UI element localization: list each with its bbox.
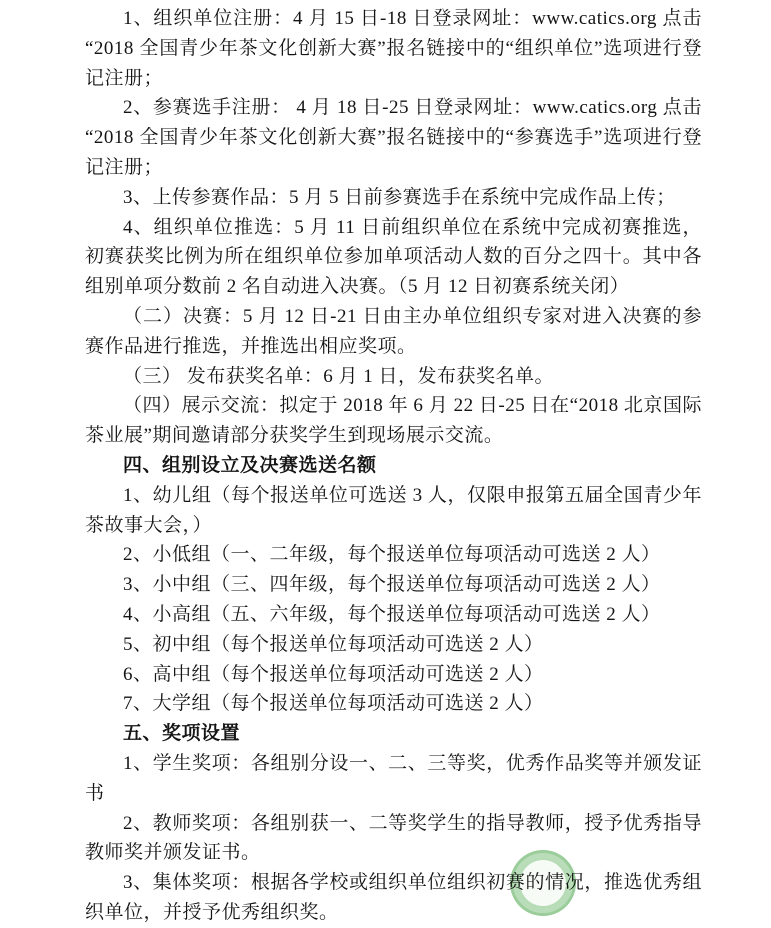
paragraph-group-lower-primary: 2、小低组（一、二年级，每个报送单位每项活动可选送 2 人） [85,540,702,570]
section-heading-awards: 五、奖项设置 [85,719,702,749]
paragraph-org-selection: 4、组织单位推选：5 月 11 日前组织单位在系统中完成初赛推选，初赛获奖比例为… [85,213,702,302]
paragraph-group-upper-primary: 4、小高组（五、六年级，每个报送单位每项活动可选送 2 人） [85,600,702,630]
document-body: 1、组织单位注册：4 月 15 日-18 日登录网址：www.catics.or… [0,0,771,928]
paragraph-group-university: 7、大学组（每个报送单位每项活动可选送 2 人） [85,689,702,719]
paragraph-finals: （二）决赛：5 月 12 日-21 日由主办单位组织专家对进入决赛的参赛作品进行… [85,302,702,362]
paragraph-group-kindergarten: 1、幼儿组（每个报送单位可选送 3 人，仅限申报第五届全国青少年茶故事大会，） [85,481,702,541]
paragraph-collective-awards: 3、集体奖项：根据各学校或组织单位组织初赛的情况，推选优秀组织单位，并授予优秀组… [85,868,702,928]
paragraph-register-contestant: 2、参赛选手注册： 4 月 18 日-25 日登录网址：www.catics.o… [85,93,702,182]
paragraph-award-announcement: （三） 发布获奖名单：6 月 1 日，发布获奖名单。 [85,362,702,392]
document-page: 1、组织单位注册：4 月 15 日-18 日登录网址：www.catics.or… [0,0,771,928]
paragraph-register-org: 1、组织单位注册：4 月 15 日-18 日登录网址：www.catics.or… [85,4,702,93]
paragraph-student-awards: 1、学生奖项：各组别分设一、二、三等奖，优秀作品奖等并颁发证书 [85,749,702,809]
paragraph-upload-works: 3、上传参赛作品：5 月 5 日前参赛选手在系统中完成作品上传； [85,183,702,213]
section-heading-groups: 四、组别设立及决赛选送名额 [85,451,702,481]
paragraph-exhibition-exchange: （四）展示交流：拟定于 2018 年 6 月 22 日-25 日在“2018 北… [85,391,702,451]
paragraph-group-mid-primary: 3、小中组（三、四年级，每个报送单位每项活动可选送 2 人） [85,570,702,600]
paragraph-group-junior-high: 5、初中组（每个报送单位每项活动可选送 2 人） [85,630,702,660]
paragraph-group-senior-high: 6、高中组（每个报送单位每项活动可选送 2 人） [85,660,702,690]
paragraph-teacher-awards: 2、教师奖项：各组别获一、二等奖学生的指导教师，授予优秀指导教师奖并颁发证书。 [85,809,702,869]
